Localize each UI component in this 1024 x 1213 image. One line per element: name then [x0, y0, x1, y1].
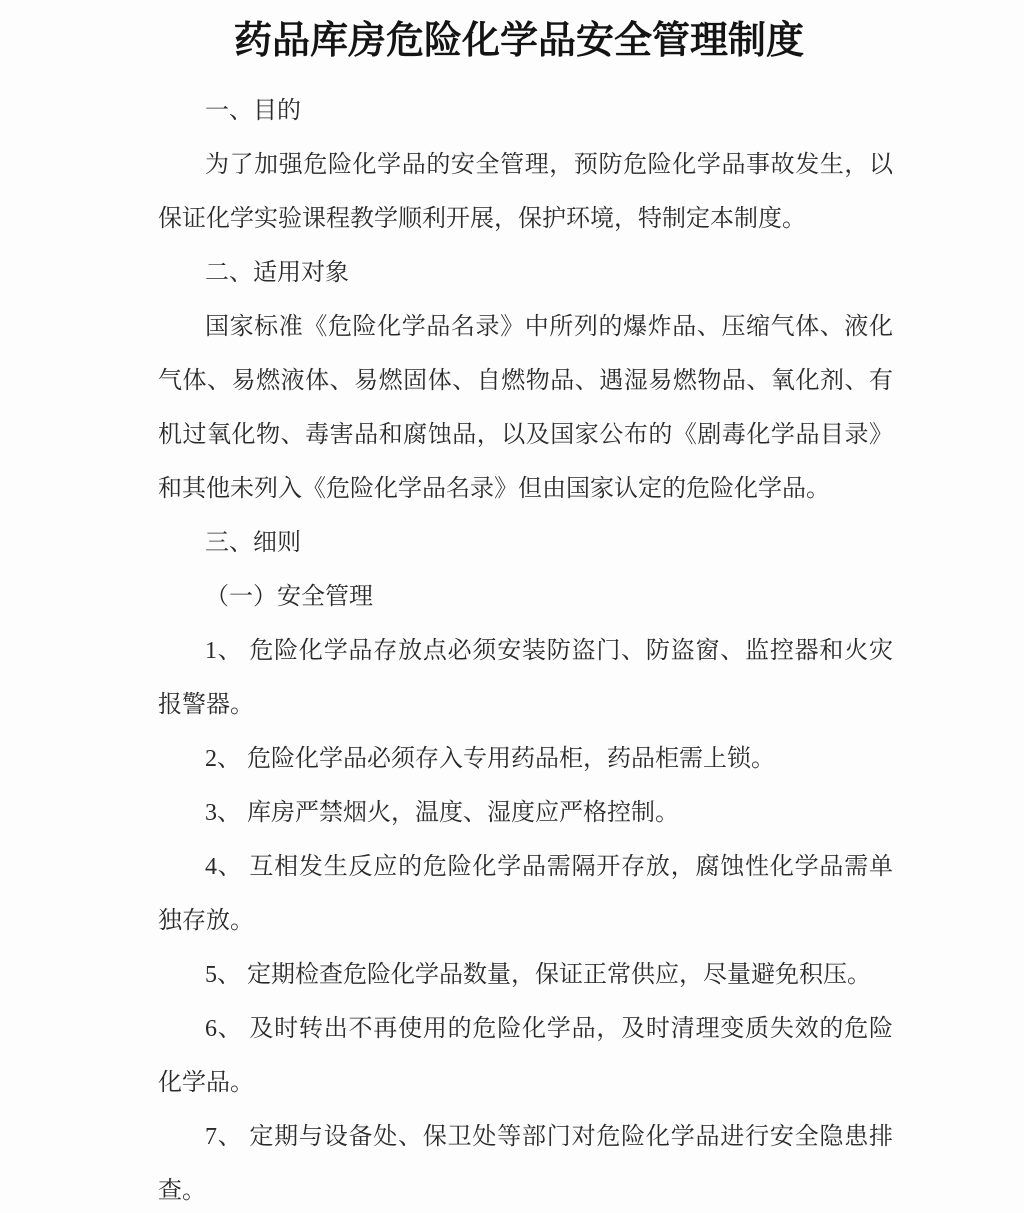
- paragraph-line: 气体、易燃液体、易燃固体、自燃物品、遇湿易燃物品、氧化剂、有: [158, 354, 893, 408]
- section-heading-2: 二、适用对象: [158, 246, 893, 300]
- list-item-7-cont: 查。: [158, 1164, 893, 1213]
- paragraph-line: 保证化学实验课程教学顺利开展，保护环境，特制定本制度。: [158, 192, 893, 246]
- list-item-2: 2、 危险化学品必须存入专用药品柜，药品柜需上锁。: [158, 732, 893, 786]
- list-item-1-cont: 报警器。: [158, 678, 893, 732]
- list-item-5: 5、 定期检查危险化学品数量，保证正常供应，尽量避免积压。: [158, 948, 893, 1002]
- list-item-1: 1、 危险化学品存放点必须安装防盗门、防盗窗、监控器和火灾: [158, 624, 893, 678]
- list-item-4: 4、 互相发生反应的危险化学品需隔开存放，腐蚀性化学品需单: [158, 840, 893, 894]
- section-heading-1: 一、目的: [158, 84, 893, 138]
- paragraph-line: 国家标准《危险化学品名录》中所列的爆炸品、压缩气体、液化: [158, 300, 893, 354]
- paragraph-line: 和其他未列入《危险化学品名录》但由国家认定的危险化学品。: [158, 462, 893, 516]
- document-body: 一、目的 为了加强危险化学品的安全管理，预防危险化学品事故发生，以 保证化学实验…: [158, 84, 893, 1213]
- section-heading-3: 三、细则: [158, 516, 893, 570]
- document-page: 药品库房危险化学品安全管理制度 一、目的 为了加强危险化学品的安全管理，预防危险…: [0, 0, 1024, 1213]
- subsection-heading: （一）安全管理: [158, 570, 893, 624]
- list-item-6-cont: 化学品。: [158, 1056, 893, 1110]
- list-item-6: 6、 及时转出不再使用的危险化学品，及时清理变质失效的危险: [158, 1002, 893, 1056]
- list-item-7: 7、 定期与设备处、保卫处等部门对危险化学品进行安全隐患排: [158, 1110, 893, 1164]
- document-title: 药品库房危险化学品安全管理制度: [145, 0, 893, 64]
- paragraph-line: 为了加强危险化学品的安全管理，预防危险化学品事故发生，以: [158, 138, 893, 192]
- paragraph-line: 机过氧化物、毒害品和腐蚀品，以及国家公布的《剧毒化学品目录》: [158, 408, 893, 462]
- list-item-4-cont: 独存放。: [158, 894, 893, 948]
- list-item-3: 3、 库房严禁烟火，温度、湿度应严格控制。: [158, 786, 893, 840]
